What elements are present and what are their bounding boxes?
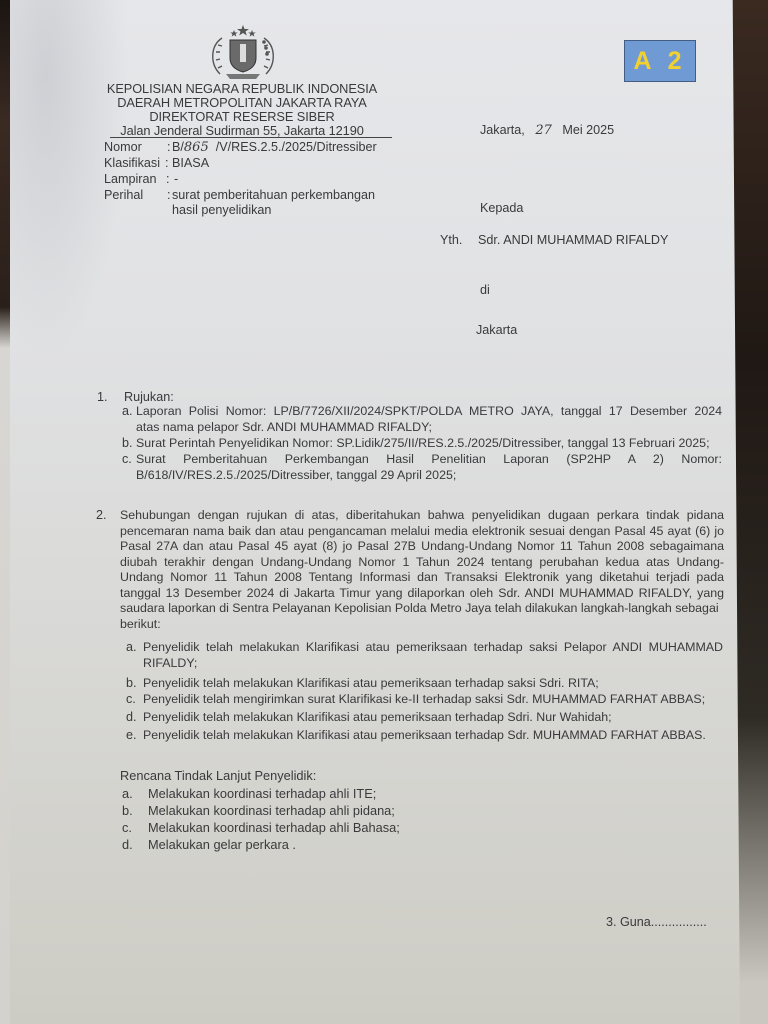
letterhead-line-1: KEPOLISIAN NEGARA REPUBLIK INDONESIA [92,81,392,96]
section-1-item-text: Laporan Polisi Nomor: LP/B/7726/XII/2024… [136,404,722,435]
section-1-item-letter: b. [122,436,133,451]
section-1-item-text: Surat Perintah Penyelidikan Nomor: SP.Li… [136,436,724,452]
section-2-item-text: Penyelidik telah mengirimkan surat Klari… [143,692,723,708]
perihal-line-1: surat pemberitahuan perkembangan [172,188,375,203]
date-day-handwritten: 27 [535,123,552,138]
section-1-item-letter: c. [122,452,132,467]
section-1-item-line: Surat Perintah Penyelidikan Nomor: SP.Li… [136,436,724,452]
recipient-kepada: Kepada [480,201,523,216]
section-2-item-letter: b. [126,676,137,691]
section-2-line: Undang Nomor 11 Tahun 2008 Tentang Infor… [120,570,724,586]
nomor-prefix: B/ [172,140,184,154]
section-1-item-line: Laporan Polisi Nomor: LP/B/7726/XII/2024… [136,404,722,420]
section-2-item-letter: c. [126,692,136,707]
section-2-item-text: Penyelidik telah melakukan Klarifikasi a… [143,676,723,692]
section-2-line: pencemaran nama baik dan atau pengancama… [120,524,724,540]
recipient-place: Jakarta [476,323,517,338]
section-1-item-line: B/618/IV/RES.2.5./2025/Ditressiber, tang… [136,468,722,484]
section-2-item-letter: d. [126,710,137,725]
section-2-line: Pasal 27A dan atau Pasal 45 ayat (8) jo … [120,539,724,555]
police-crest-emblem-icon [206,24,280,82]
section-2-item-text: Penyelidik telah melakukan Klarifikasi a… [143,710,723,726]
perihal-label: Perihal [104,188,143,203]
section-1-item-line: atas nama pelapor Sdr. ANDI MUHAMMAD RIF… [136,420,722,436]
section-1-number: 1. [97,390,108,405]
nomor-handwritten: 865 [184,140,209,155]
nomor-value: B/865 /V/RES.2.5./2025/Ditressiber [172,140,377,155]
section-2-item-text: Penyelidik telah melakukan Klarifikasi a… [143,640,723,671]
perihal-colon: : [167,188,171,203]
recipient-name: Sdr. ANDI MUHAMMAD RIFALDY [478,233,668,248]
klasifikasi-colon: : [165,156,169,171]
followup-item-letter: d. [122,837,133,852]
nomor-suffix: /V/RES.2.5./2025/Ditressiber [216,140,377,154]
klasifikasi-value: BIASA [172,156,209,171]
followup-item-letter: a. [122,786,133,801]
lampiran-colon: : [166,172,170,187]
followup-item-text: Melakukan koordinasi terhadap ahli pidan… [148,803,395,818]
continuation-note: 3. Guna................ [606,915,707,930]
section-2-line: diubah terakhir dengan Undang-Undang Nom… [120,555,724,571]
section-2-item-line: RIFALDY; [143,656,723,672]
recipient-di: di [480,283,490,298]
lampiran-value: - [174,172,178,187]
sp2hp-type-badge: A 2 [624,40,696,82]
letterhead-line-2: DAERAH METROPOLITAN JAKARTA RAYA [92,95,392,110]
section-2-number: 2. [96,508,107,523]
document-page: KEPOLISIAN NEGARA REPUBLIK INDONESIA DAE… [10,0,740,1024]
section-2-line: berikut: [120,617,724,633]
section-2-item-letter: e. [126,728,137,743]
section-2-line: saudara laporkan di Sentra Pelayanan Kep… [120,601,724,617]
section-2-item-line: Penyelidik telah melakukan Klarifikasi a… [143,640,723,656]
date-city: Jakarta, [480,123,525,137]
section-2-paragraph: Sehubungan dengan rujukan di atas, diber… [120,508,724,632]
section-2-item-letter: a. [126,640,137,655]
section-1-item-line: Surat Pemberitahuan Perkembangan Hasil P… [136,452,722,468]
section-2-item-line: Penyelidik telah mengirimkan surat Klari… [143,692,723,708]
perihal-line-2: hasil penyelidikan [172,203,271,218]
section-1-title: Rujukan: [124,390,174,405]
followup-item-letter: c. [122,820,132,835]
section-1-item-letter: a. [122,404,133,419]
letter-date: Jakarta, 27 Mei 2025 [480,123,614,138]
followup-title: Rencana Tindak Lanjut Penyelidik: [120,768,316,783]
nomor-label: Nomor [104,140,142,155]
letterhead-line-3: DIREKTORAT RESERSE SIBER [92,109,392,124]
letterhead-address: Jalan Jenderal Sudirman 55, Jakarta 1219… [92,123,392,138]
followup-item-letter: b. [122,803,133,818]
klasifikasi-label: Klasifikasi [104,156,160,171]
section-1-item-text: Surat Pemberitahuan Perkembangan Hasil P… [136,452,722,483]
date-month-year: Mei 2025 [562,123,614,137]
lampiran-label: Lampiran [104,172,157,187]
section-2-item-line: Penyelidik telah melakukan Klarifikasi a… [143,728,723,744]
followup-item-text: Melakukan gelar perkara . [148,837,296,852]
section-2-line: tanggal 13 Desember 2024 di Jakarta Timu… [120,586,724,602]
letterhead-rule [110,137,392,138]
section-2-item-text: Penyelidik telah melakukan Klarifikasi a… [143,728,723,744]
section-2-item-line: Penyelidik telah melakukan Klarifikasi a… [143,676,723,692]
nomor-colon: : [167,140,171,155]
followup-item-text: Melakukan koordinasi terhadap ahli Bahas… [148,820,400,835]
followup-item-text: Melakukan koordinasi terhadap ahli ITE; [148,786,376,801]
recipient-yth: Yth. [440,233,462,248]
section-2-line: Sehubungan dengan rujukan di atas, diber… [120,508,724,524]
section-2-item-line: Penyelidik telah melakukan Klarifikasi a… [143,710,723,726]
